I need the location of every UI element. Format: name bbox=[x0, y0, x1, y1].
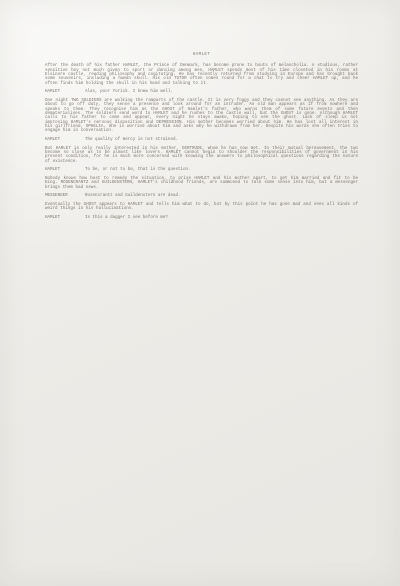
document-paragraph: After the death of his father HAMLET, th… bbox=[45, 64, 358, 86]
document-title: HAMLET bbox=[45, 53, 358, 57]
document-paragraph: Nobody knows how best to remedy the situ… bbox=[45, 177, 358, 190]
dialogue-speaker: HAMLET bbox=[45, 168, 85, 172]
dialogue-row: MESSENGERRosencrantz and Guildenstern ar… bbox=[45, 194, 358, 198]
dialogue-row: HAMLETAlas, poor Yorick. I knew him well… bbox=[45, 90, 358, 94]
dialogue-speaker: HAMLET bbox=[45, 90, 85, 94]
dialogue-row: HAMLETTo be, or not to be, that is the q… bbox=[45, 168, 358, 172]
document-paragraph: Eventually the GHOST appears to HAMLET a… bbox=[45, 203, 358, 212]
scanned-document-page: HAMLET After the death of his father HAM… bbox=[0, 0, 400, 586]
dialogue-speaker: MESSENGER bbox=[45, 194, 85, 198]
document-paragraph: But HAMLET is only really interested in … bbox=[45, 147, 358, 164]
dialogue-line: To be, or not to be, that is the questio… bbox=[85, 168, 358, 172]
dialogue-speaker: HAMLET bbox=[45, 216, 85, 220]
dialogue-line: Rosencrantz and Guildenstern are dead. bbox=[85, 194, 358, 198]
dialogue-row: HAMLETIs this a dagger I see before me? bbox=[45, 216, 358, 220]
dialogue-speaker: HAMLET bbox=[45, 138, 85, 142]
dialogue-row: HAMLETThe quality of mercy is not strain… bbox=[45, 138, 358, 142]
document-blocks: After the death of his father HAMLET, th… bbox=[45, 64, 358, 220]
dialogue-line: Alas, poor Yorick. I knew him well. bbox=[85, 90, 358, 94]
dialogue-line: The quality of mercy is not strained. bbox=[85, 138, 358, 142]
dialogue-line: Is this a dagger I see before me? bbox=[85, 216, 358, 220]
document-paragraph: One night TWO SOLDIERS are walking the r… bbox=[45, 99, 358, 134]
document-content: HAMLET After the death of his father HAM… bbox=[45, 53, 358, 225]
